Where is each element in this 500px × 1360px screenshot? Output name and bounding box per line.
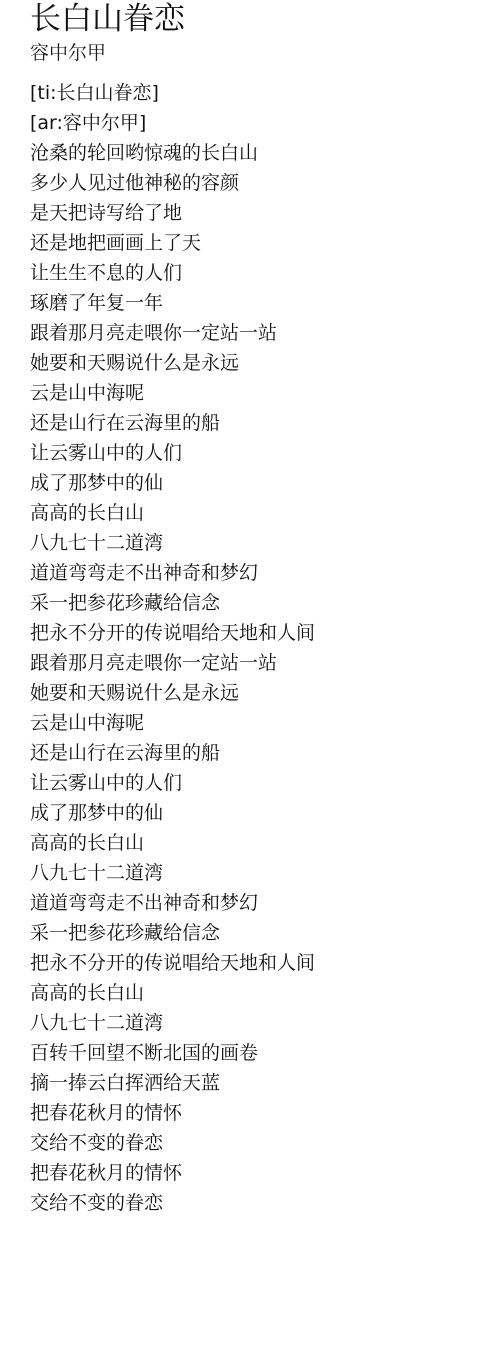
lyric-line: 跟着那月亮走喂你一定站一站	[30, 648, 500, 678]
song-title: 长白山眷恋	[30, 0, 500, 38]
lyric-line: [ar:容中尔甲]	[30, 108, 500, 138]
lyric-line: 沧桑的轮回哟惊魂的长白山	[30, 138, 500, 168]
lyric-line: 八九七十二道湾	[30, 858, 500, 888]
lyric-line: 还是山行在云海里的船	[30, 738, 500, 768]
lyric-line: 道道弯弯走不出神奇和梦幻	[30, 558, 500, 588]
lyric-line: 采一把参花珍藏给信念	[30, 588, 500, 618]
lyric-line: 成了那梦中的仙	[30, 798, 500, 828]
lyric-line: 云是山中海呢	[30, 378, 500, 408]
lyric-line: 云是山中海呢	[30, 708, 500, 738]
lyric-line: 采一把参花珍藏给信念	[30, 918, 500, 948]
lyric-line: 跟着那月亮走喂你一定站一站	[30, 318, 500, 348]
lyric-line: 把永不分开的传说唱给天地和人间	[30, 948, 500, 978]
lyric-line: 八九七十二道湾	[30, 528, 500, 558]
lyric-line: 还是山行在云海里的船	[30, 408, 500, 438]
lyric-line: [ti:长白山眷恋]	[30, 78, 500, 108]
lyric-line: 还是地把画画上了天	[30, 228, 500, 258]
lyric-line: 琢磨了年复一年	[30, 288, 500, 318]
lyrics-list: [ti:长白山眷恋][ar:容中尔甲]沧桑的轮回哟惊魂的长白山多少人见过他神秘的…	[30, 78, 500, 1218]
lyric-line: 她要和天赐说什么是永远	[30, 348, 500, 378]
lyric-line: 摘一捧云白挥洒给天蓝	[30, 1068, 500, 1098]
lyric-line: 交给不变的眷恋	[30, 1128, 500, 1158]
lyric-line: 高高的长白山	[30, 498, 500, 528]
lyric-line: 把永不分开的传说唱给天地和人间	[30, 618, 500, 648]
lyric-line: 成了那梦中的仙	[30, 468, 500, 498]
lyrics-page: 长白山眷恋 容中尔甲 [ti:长白山眷恋][ar:容中尔甲]沧桑的轮回哟惊魂的长…	[30, 0, 500, 1218]
lyric-line: 八九七十二道湾	[30, 1008, 500, 1038]
lyric-line: 多少人见过他神秘的容颜	[30, 168, 500, 198]
lyric-line: 高高的长白山	[30, 828, 500, 858]
lyric-line: 高高的长白山	[30, 978, 500, 1008]
lyric-line: 道道弯弯走不出神奇和梦幻	[30, 888, 500, 918]
lyric-line: 让云雾山中的人们	[30, 768, 500, 798]
lyric-line: 让云雾山中的人们	[30, 438, 500, 468]
lyric-line: 百转千回望不断北国的画卷	[30, 1038, 500, 1068]
lyric-line: 她要和天赐说什么是永远	[30, 678, 500, 708]
lyric-line: 交给不变的眷恋	[30, 1188, 500, 1218]
lyric-line: 把春花秋月的情怀	[30, 1098, 500, 1128]
lyric-line: 让生生不息的人们	[30, 258, 500, 288]
lyric-line: 是天把诗写给了地	[30, 198, 500, 228]
lyric-line: 把春花秋月的情怀	[30, 1158, 500, 1188]
song-artist: 容中尔甲	[30, 38, 500, 68]
